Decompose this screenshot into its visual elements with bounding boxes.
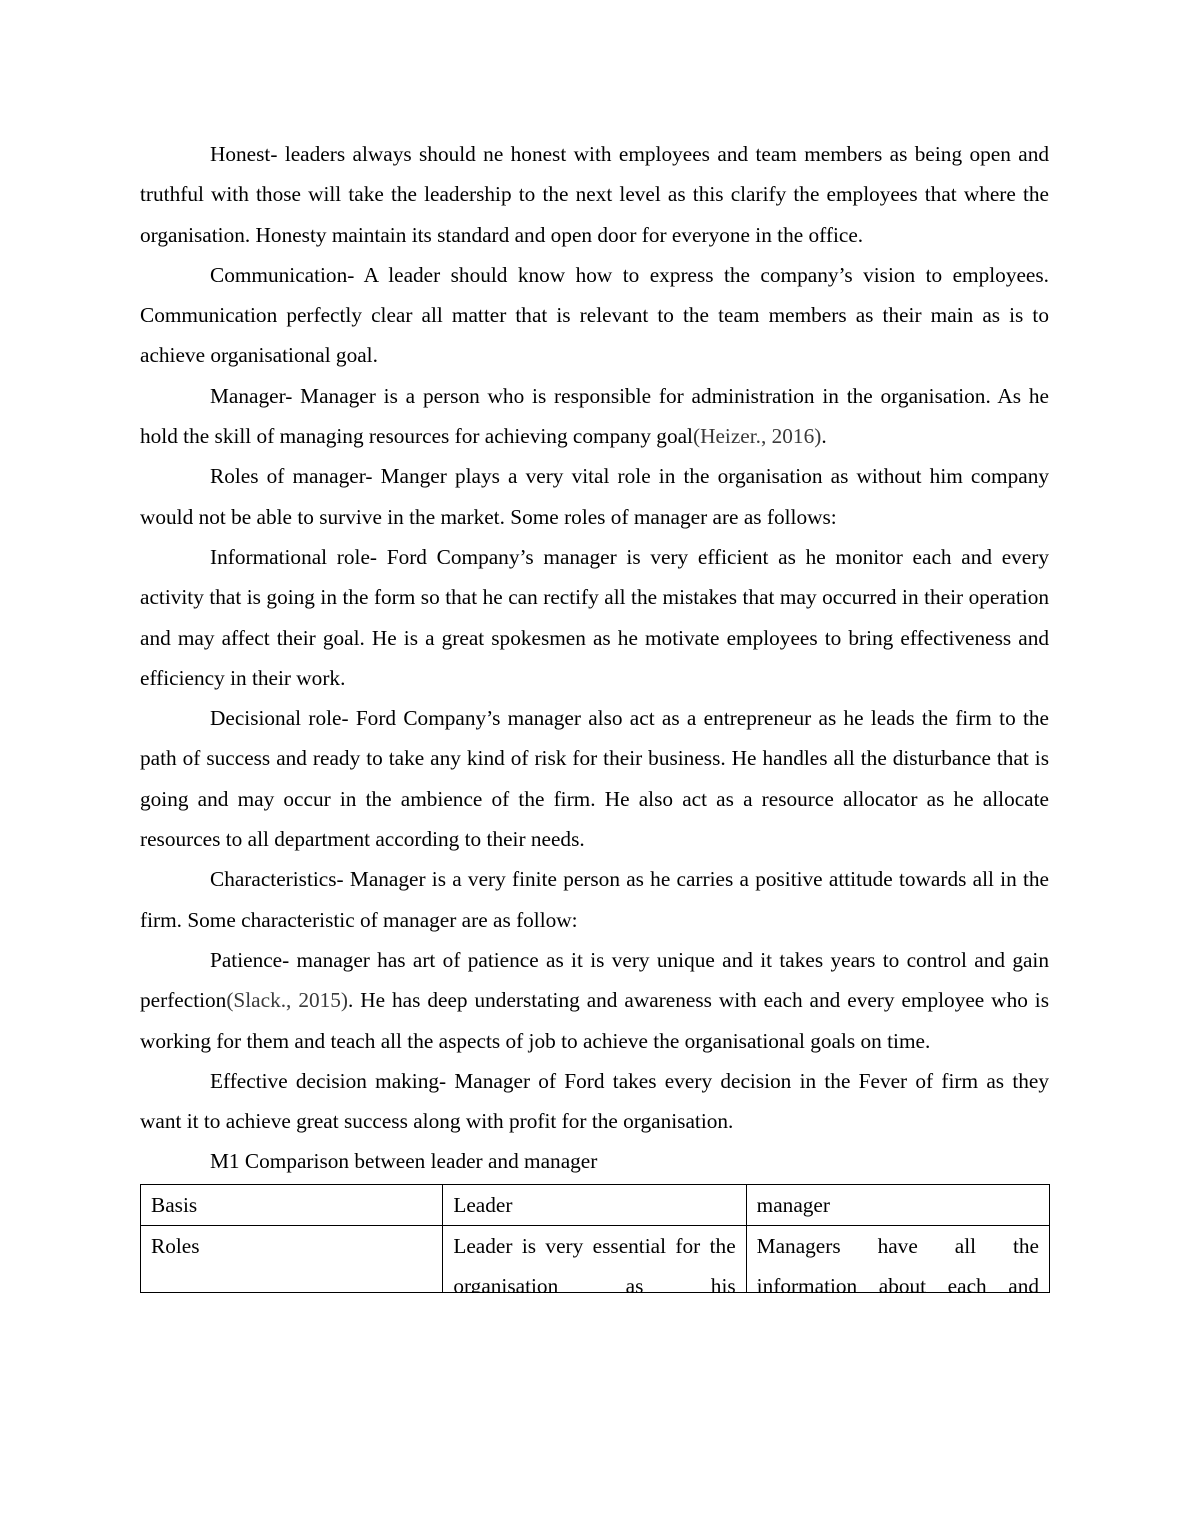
term: Manager- — [210, 384, 292, 408]
term: Honest- — [210, 142, 277, 166]
paragraph-characteristics: Characteristics- Manager is a very finit… — [140, 859, 1049, 940]
term: Effective decision making- — [210, 1069, 446, 1093]
term: Patience- — [210, 948, 289, 972]
term: Communication- — [210, 263, 354, 287]
term: Roles of manager- — [210, 464, 372, 488]
cell-leader: Leader is very essential for the organis… — [443, 1226, 746, 1293]
body-text: leaders always should ne honest with emp… — [140, 142, 1049, 247]
cell-manager: Managers have all the information about … — [746, 1226, 1049, 1293]
header-basis: Basis — [141, 1184, 443, 1225]
paragraph-effective-decision-making: Effective decision making- Manager of Fo… — [140, 1061, 1049, 1142]
paragraph-patience: Patience- manager has art of patience as… — [140, 940, 1049, 1061]
term: Informational role- — [210, 545, 377, 569]
cell-text: Roles — [151, 1226, 432, 1292]
header-manager: manager — [746, 1184, 1049, 1225]
table-row: Roles Leader is very essential for the o… — [141, 1226, 1050, 1293]
document-page: Honest- leaders always should ne honest … — [140, 134, 1049, 1293]
paragraph-roles-of-manager: Roles of manager- Manger plays a very vi… — [140, 456, 1049, 537]
table-caption: M1 Comparison between leader and manager — [140, 1141, 1049, 1181]
table-header-row: Basis Leader manager — [141, 1184, 1050, 1225]
cell-basis: Roles — [141, 1226, 443, 1293]
cell-text: Leader is very essential for the organis… — [453, 1226, 735, 1292]
paragraph-manager: Manager- Manager is a person who is resp… — [140, 376, 1049, 457]
comparison-table: Basis Leader manager Roles Leader is ver… — [140, 1184, 1050, 1293]
paragraph-informational-role: Informational role- Ford Company’s manag… — [140, 537, 1049, 698]
term: Decisional role- — [210, 706, 349, 730]
body-text: . — [821, 424, 826, 448]
header-leader: Leader — [443, 1184, 746, 1225]
paragraph-communication: Communication- A leader should know how … — [140, 255, 1049, 376]
citation: (Slack., 2015) — [226, 988, 348, 1012]
cell-text: Managers have all the information about … — [757, 1226, 1039, 1292]
citation: (Heizer., 2016) — [693, 424, 821, 448]
paragraph-decisional-role: Decisional role- Ford Company’s manager … — [140, 698, 1049, 859]
paragraph-honest: Honest- leaders always should ne honest … — [140, 134, 1049, 255]
term: Characteristics- — [210, 867, 344, 891]
